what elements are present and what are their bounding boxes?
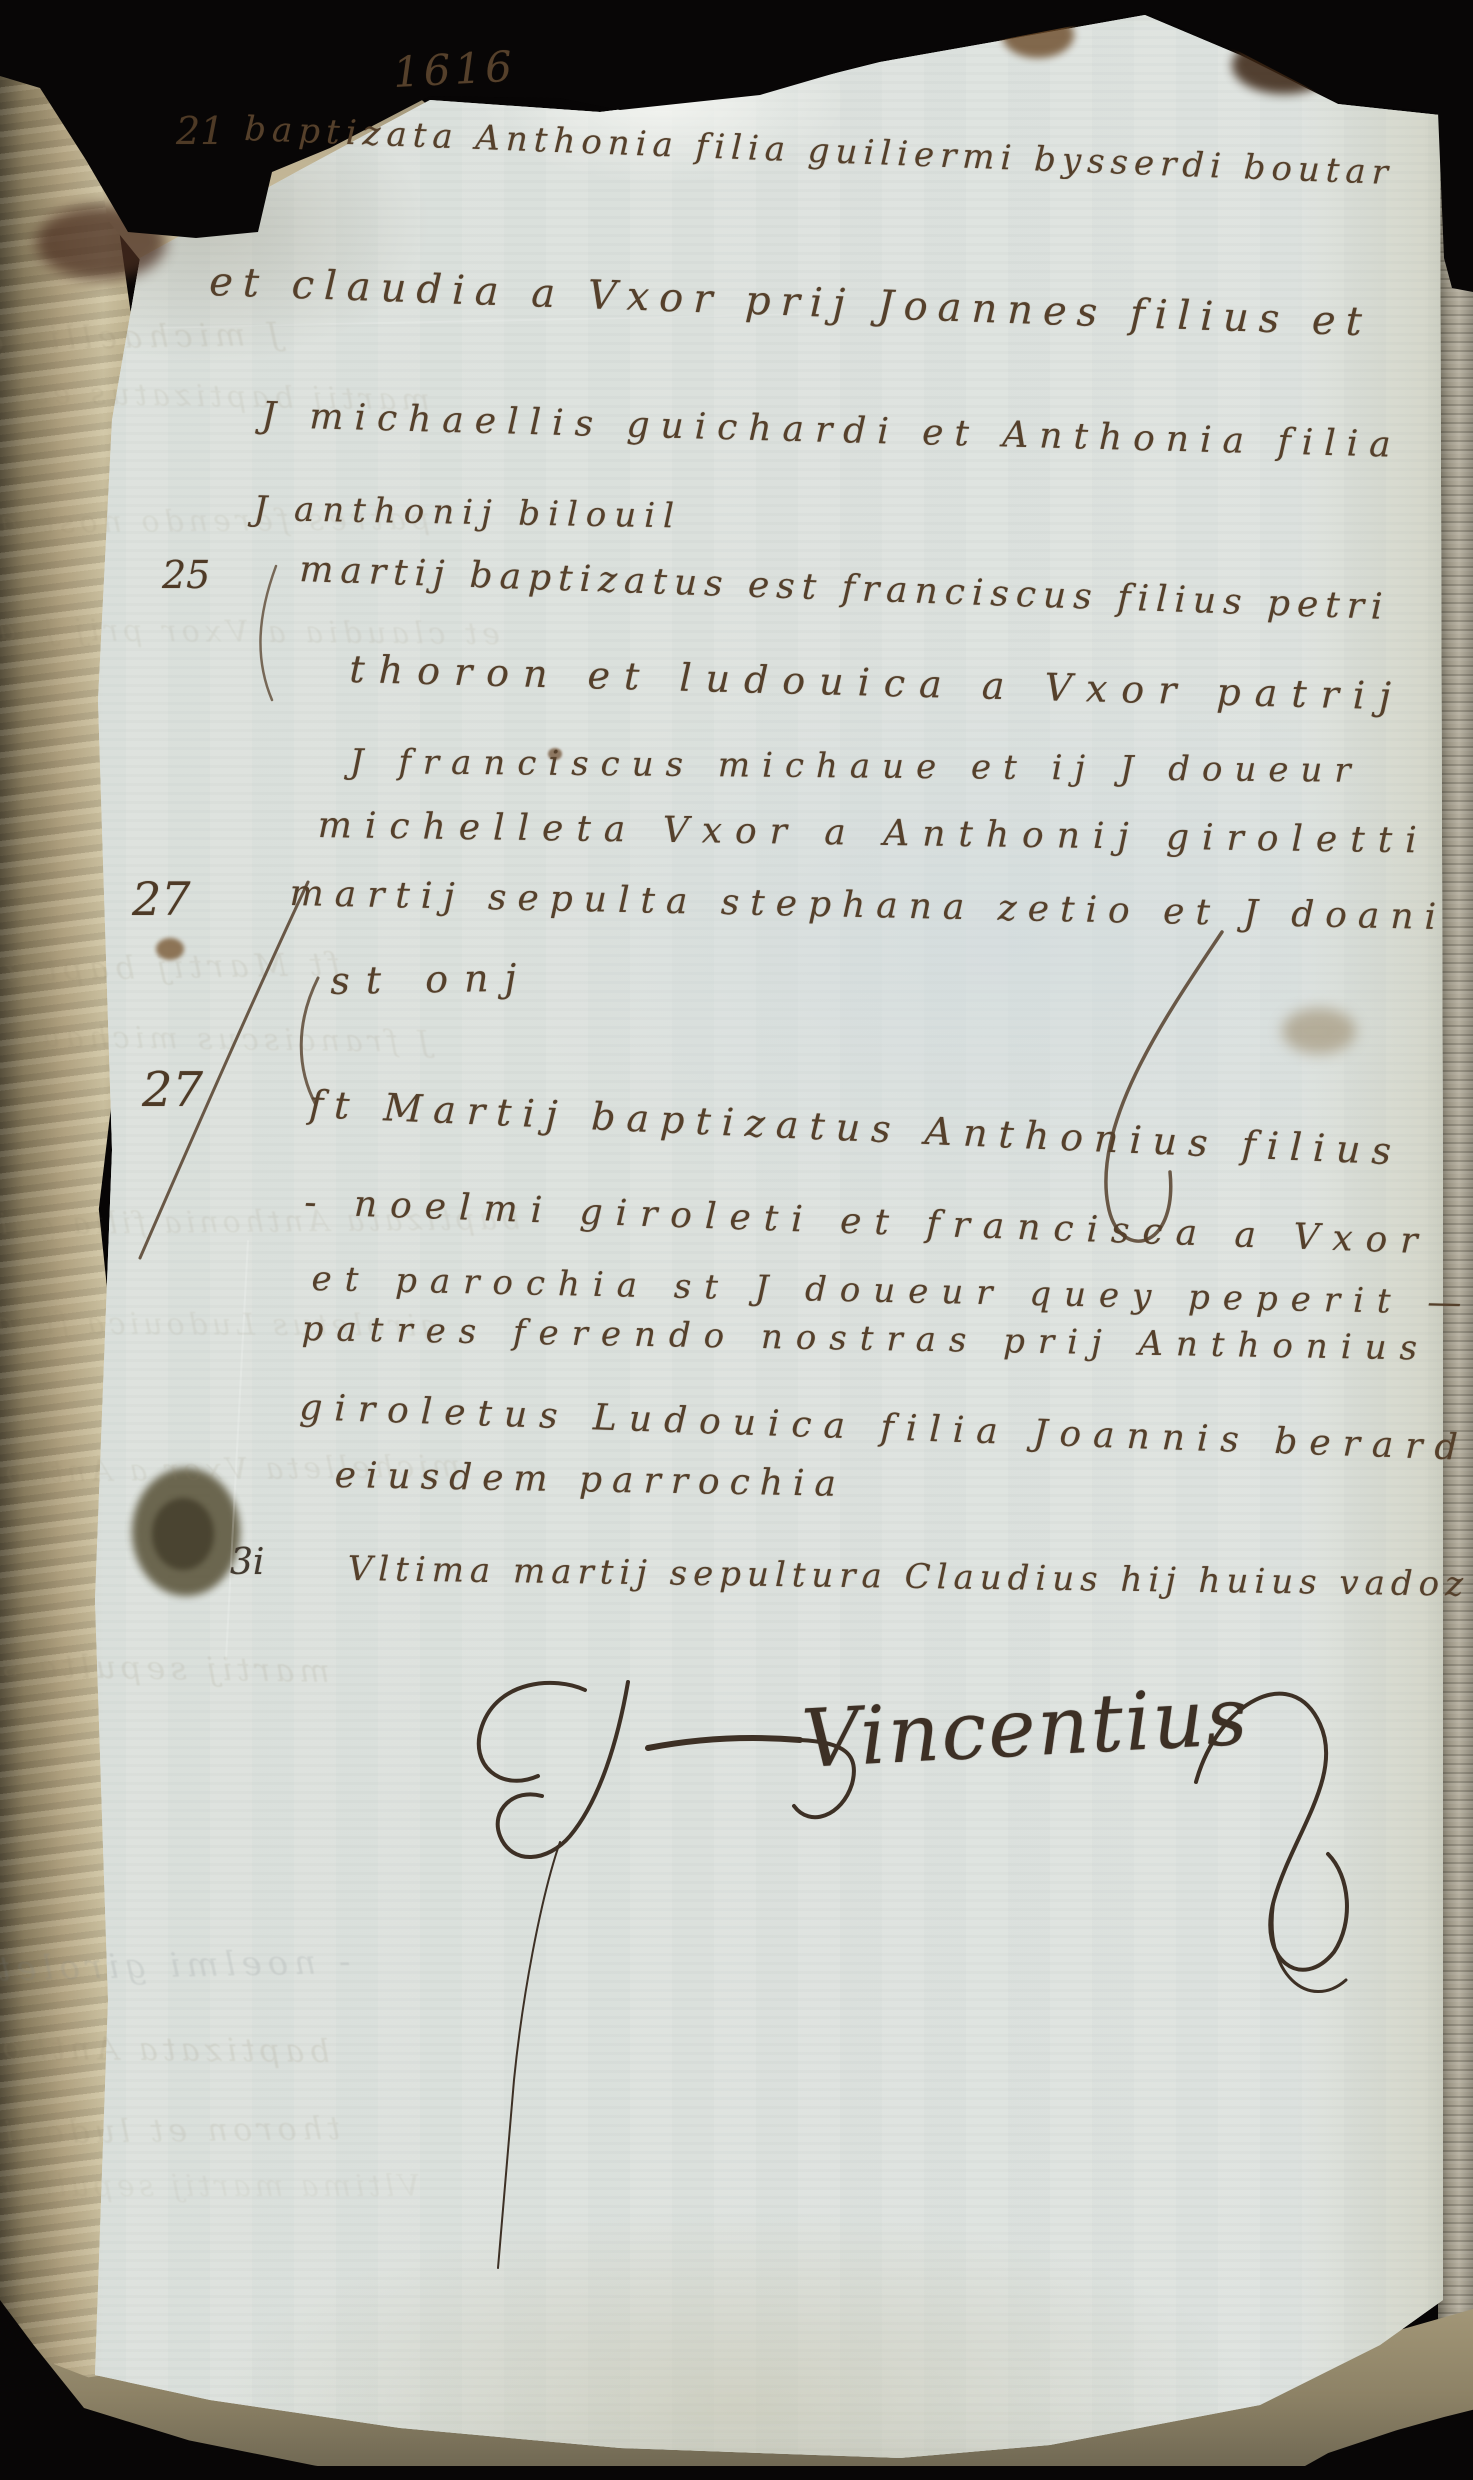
manuscript-line: J michaellis guichardi et Anthonia filia (261, 398, 1402, 464)
manuscript-line: giroletus Ludouica filia Joannis berard (299, 1390, 1470, 1467)
manuscript-line: michelleta Vxor a Anthonij giroletti (317, 808, 1429, 860)
manuscript-line: patres ferendo nostras prij Anthonius (301, 1312, 1430, 1366)
entry-day-number: 27 (132, 876, 191, 922)
entry-day-number: 3i (230, 1545, 264, 1581)
manuscript-line: et claudia a Vxor prij Joannes filius et (209, 262, 1373, 343)
manuscript-line: ft Martij baptizatus Anthonius filius (308, 1085, 1403, 1171)
manuscript-line: martij sepulta stephana zetio et J doani (289, 876, 1447, 936)
manuscript-line: thoron et ludouica a Vxor patrij (349, 650, 1405, 716)
entry-day-number: 27 (142, 1066, 203, 1114)
manuscript-line: baptizata Anthonia filia guiliermi bysse… (244, 112, 1395, 190)
manuscript-line: Vltima martij sepultura Claudius hij hui… (348, 1552, 1470, 1602)
manuscript-line: J franciscus michaue et ij J doueur (350, 745, 1363, 788)
manuscript-line: - noelmi giroleti et francisca a Vxor (304, 1185, 1431, 1260)
manuscript-line: st onj (330, 958, 533, 1000)
manuscript-line: eiusdem parrochia (334, 1458, 846, 1503)
manuscript-line: J anthonij bilouil (253, 492, 682, 533)
year-heading: 1616 (392, 46, 517, 94)
manuscript-scan: J michaellis guichardi et Anthonia filia… (0, 0, 1473, 2480)
signature-name: Vincentius (800, 1677, 1251, 1780)
handwritten-text-layer: 1616 21 baptizata Anthonia filia guilier… (0, 0, 1473, 2480)
entry-day-number: 21 (176, 112, 224, 150)
entry-day-number: 25 (162, 556, 210, 594)
manuscript-line: martij baptizatus est franciscus filius … (299, 552, 1390, 626)
